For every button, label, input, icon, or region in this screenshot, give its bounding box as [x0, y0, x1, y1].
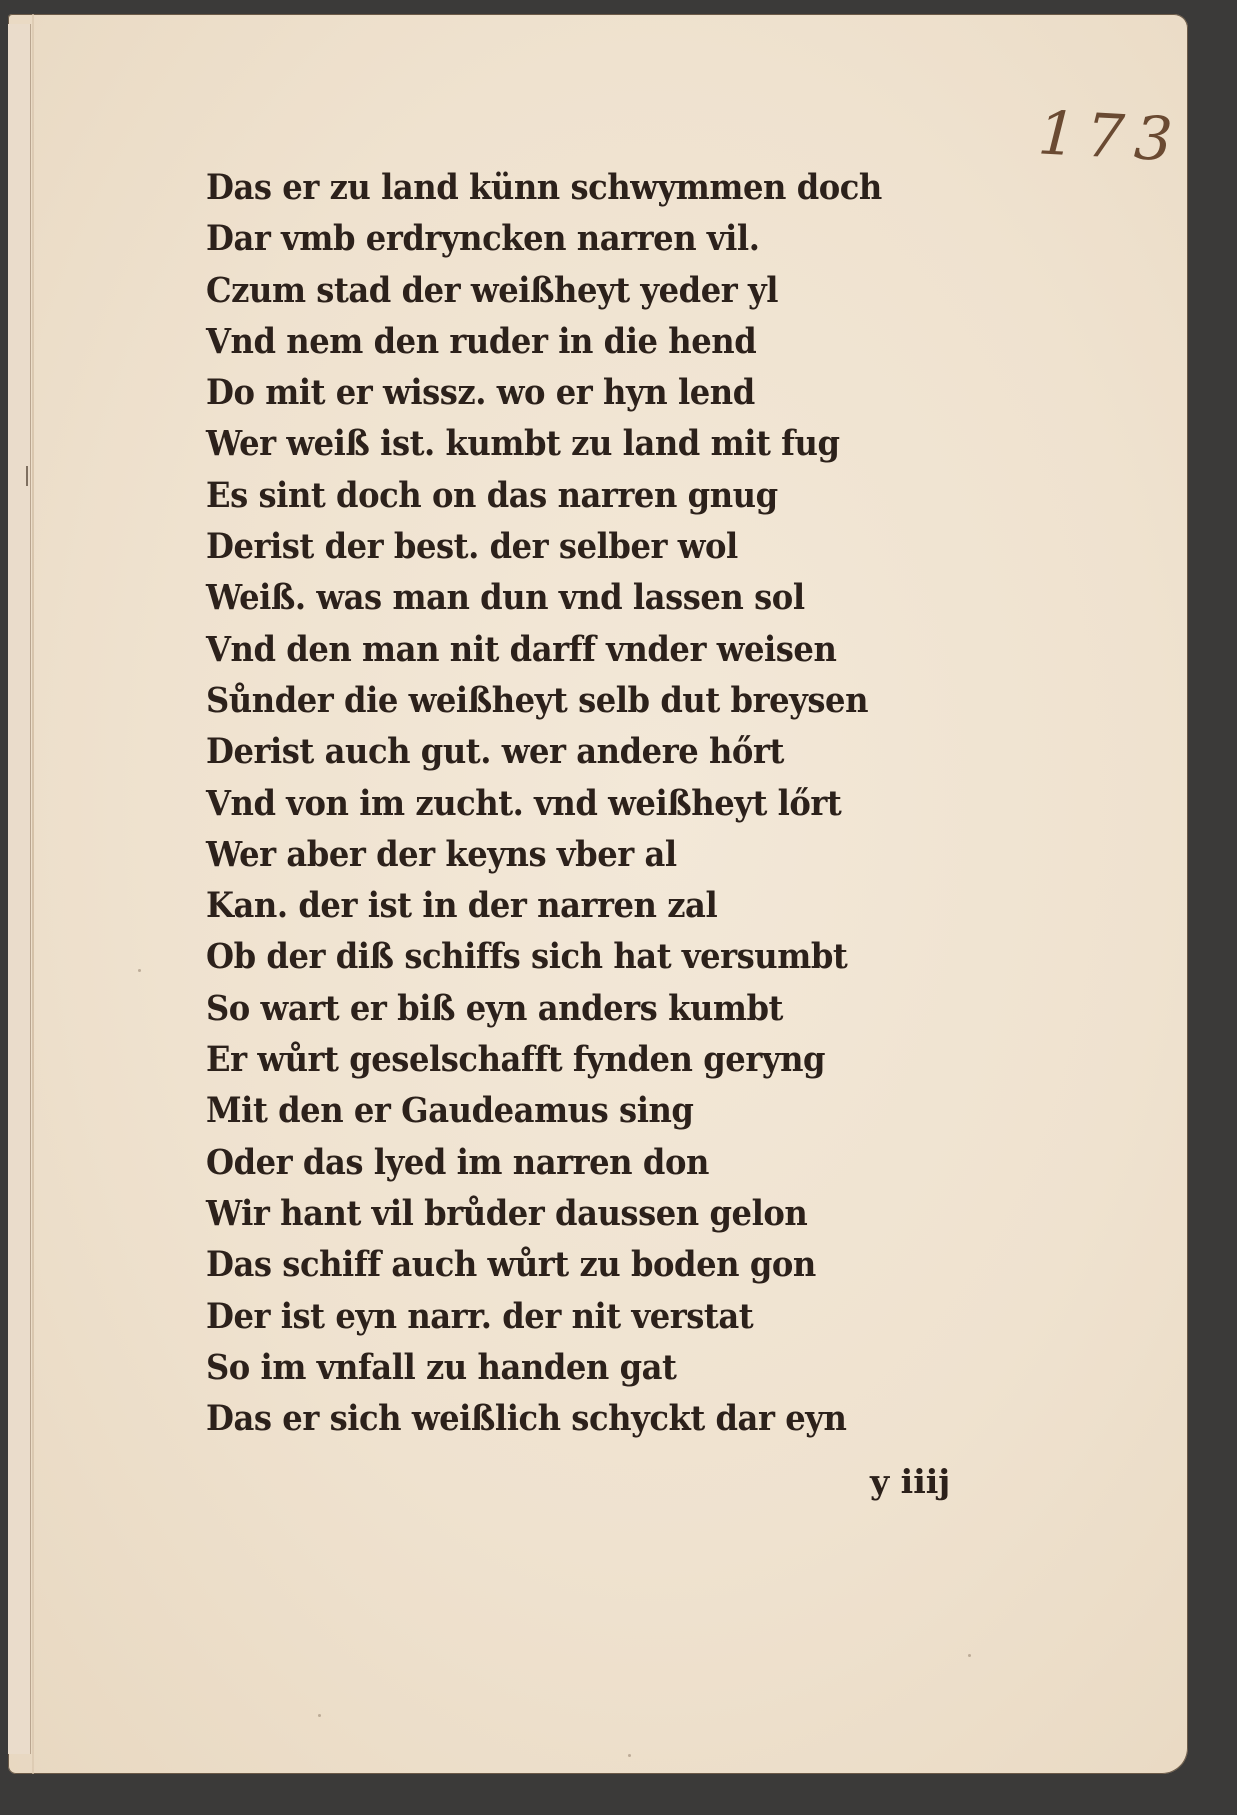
verse-line: Vnd von im zucht. vnd weißheyt lőrt — [206, 778, 905, 829]
verse-line: Dar vmb erdryncken narren vil. — [206, 213, 905, 264]
paper-speck — [968, 1654, 971, 1657]
verse-line: Czum stad der weißheyt yeder yl — [206, 265, 905, 316]
handwritten-folio-number: 173 — [1036, 98, 1184, 175]
verse-line: Es sint doch on das narren gnug — [206, 470, 905, 521]
verse-text-block: Das er zu land künn schwymmen doch Dar v… — [206, 162, 966, 1444]
verse-line: Der ist eyn narr. der nit verstat — [206, 1291, 905, 1342]
verse-line: Sůnder die weißheyt selb dut breysen — [206, 675, 905, 726]
margin-mark — [26, 466, 36, 486]
verse-line: Ob der diß schiffs sich hat versumbt — [206, 931, 905, 982]
book-page: 173 Das er zu land künn schwymmen doch D… — [8, 14, 1188, 1774]
paper-speck — [138, 969, 141, 972]
paper-speck — [318, 1714, 321, 1717]
verse-line: Weiß. was man dun vnd lassen sol — [206, 572, 905, 623]
verse-line: Do mit er wissz. wo er hyn lend — [206, 367, 905, 418]
verse-line: Wer weiß ist. kumbt zu land mit fug — [206, 418, 905, 469]
verse-line: Das er zu land künn schwymmen doch — [206, 162, 905, 213]
paper-speck — [628, 1754, 631, 1757]
signature-mark: y iiij — [870, 1462, 950, 1501]
gutter-fold — [32, 14, 34, 1774]
verse-line: Wir hant vil brůder daussen gelon — [206, 1188, 905, 1239]
verse-line: Vnd nem den ruder in die hend — [206, 316, 905, 367]
verse-line: Mit den er Gaudeamus sing — [206, 1085, 905, 1136]
verse-line: Das schiff auch wůrt zu boden gon — [206, 1239, 905, 1290]
verse-line: Vnd den man nit darff vnder weisen — [206, 624, 905, 675]
verse-line: So wart er biß eyn anders kumbt — [206, 983, 905, 1034]
facing-page-edge — [8, 24, 31, 1754]
verse-line: So im vnfall zu handen gat — [206, 1342, 905, 1393]
verse-line: Wer aber der keyns vber al — [206, 829, 905, 880]
verse-line: Er wůrt geselschafft fynden geryng — [206, 1034, 905, 1085]
verse-line: Derist der best. der selber wol — [206, 521, 905, 572]
verse-line: Oder das lyed im narren don — [206, 1137, 905, 1188]
verse-line: Kan. der ist in der narren zal — [206, 880, 905, 931]
verse-line: Das er sich weißlich schyckt dar eyn — [206, 1393, 905, 1444]
verse-line: Derist auch gut. wer andere hőrt — [206, 726, 905, 777]
